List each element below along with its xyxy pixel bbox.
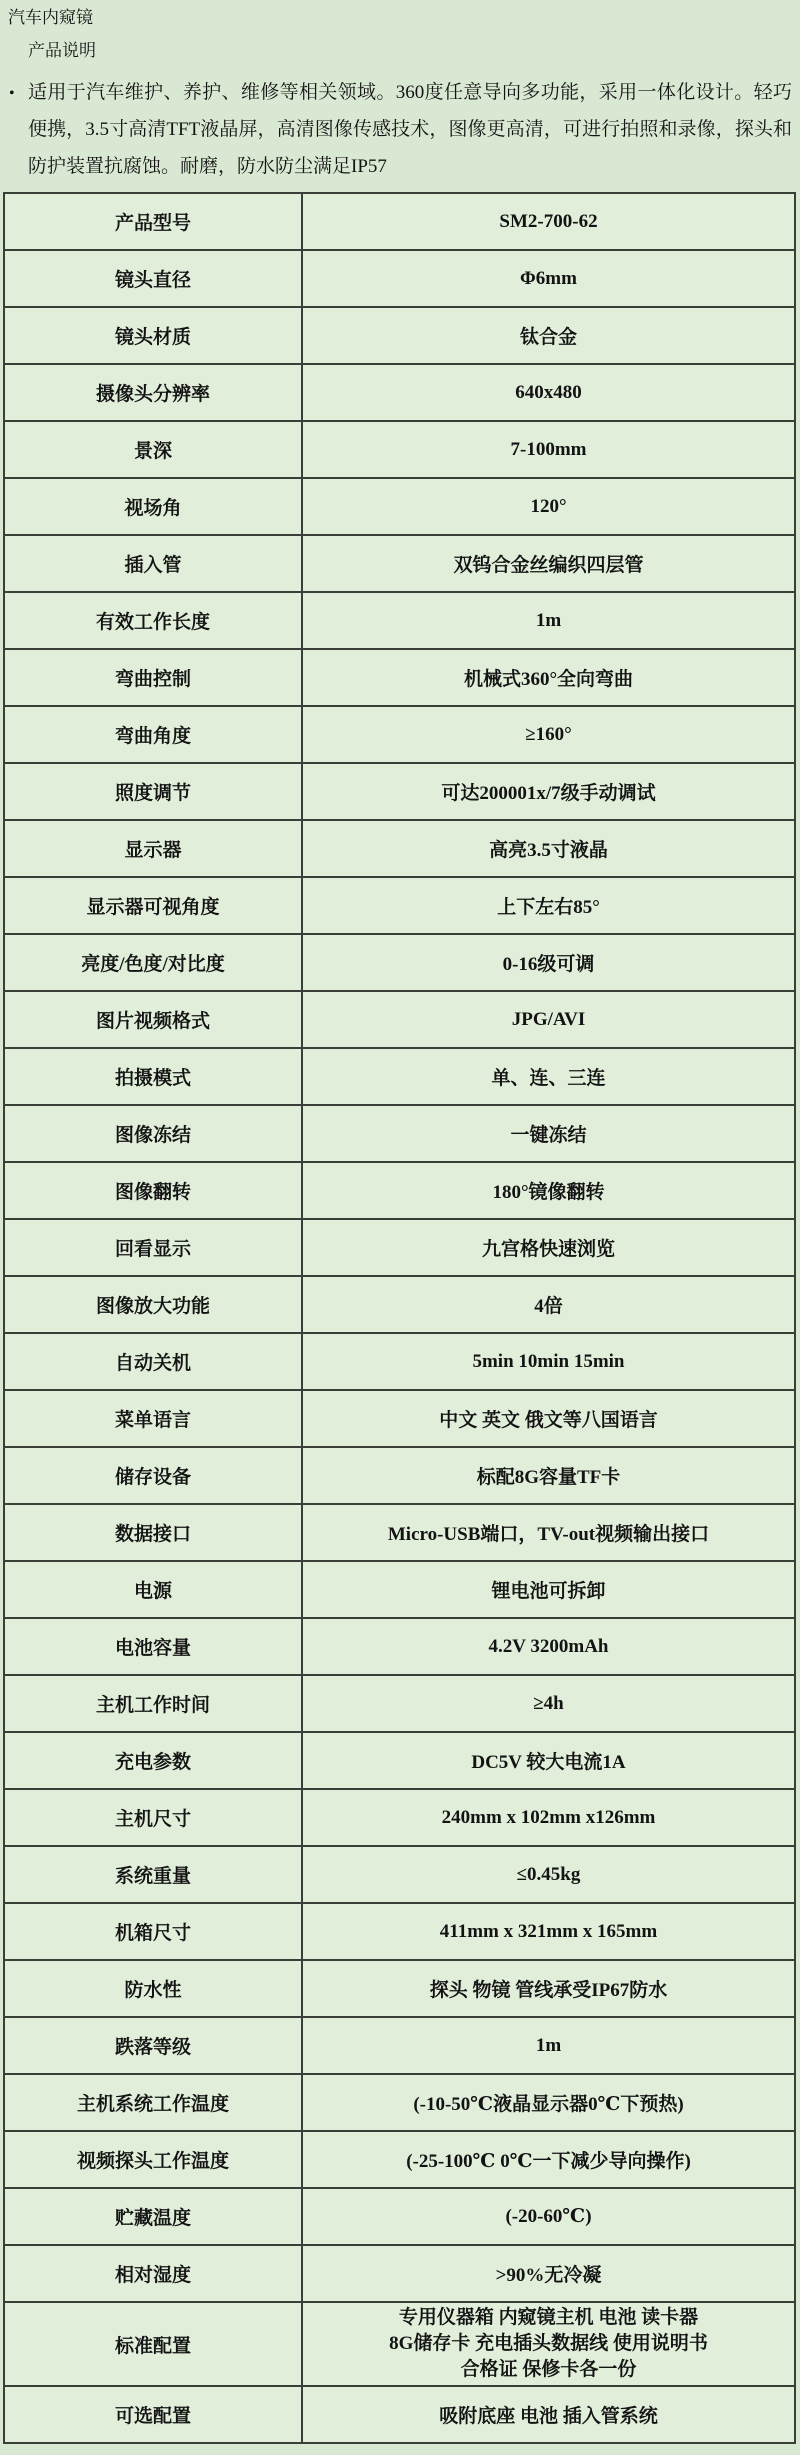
table-row: 数据接口 Micro-USB端口，TV-out视频输出接口 — [4, 1504, 795, 1561]
page-title: 汽车内窥镜 — [0, 6, 800, 30]
spec-value-cell: 高亮3.5寸液晶 — [302, 820, 795, 877]
table-row: 照度调节 可达200001x/7级手动调试 — [4, 763, 795, 820]
spec-value-cell: (-25-100℃ 0℃一下减少导向操作) — [302, 2131, 795, 2188]
spec-value-cell: 双钨合金丝编织四层管 — [302, 535, 795, 592]
spec-value-cell: 标配8G容量TF卡 — [302, 1447, 795, 1504]
table-row: 插入管 双钨合金丝编织四层管 — [4, 535, 795, 592]
spec-label-cell: 贮藏温度 — [4, 2188, 302, 2245]
table-row: 回看显示 九宫格快速浏览 — [4, 1219, 795, 1276]
spec-label-cell: 系统重量 — [4, 1846, 302, 1903]
spec-value-cell: 探头 物镜 管线承受IP67防水 — [302, 1960, 795, 2017]
spec-label-cell: 相对湿度 — [4, 2245, 302, 2302]
spec-value-cell: (-20-60℃) — [302, 2188, 795, 2245]
spec-value-cell: 九宫格快速浏览 — [302, 1219, 795, 1276]
table-row: 自动关机 5min 10min 15min — [4, 1333, 795, 1390]
spec-label-cell: 可选配置 — [4, 2386, 302, 2443]
spec-value-cell: 吸附底座 电池 插入管系统 — [302, 2386, 795, 2443]
table-row: 主机尺寸 240mm x 102mm x126mm — [4, 1789, 795, 1846]
spec-label-cell: 数据接口 — [4, 1504, 302, 1561]
spec-value-cell: 上下左右85° — [302, 877, 795, 934]
spec-label-cell: 有效工作长度 — [4, 592, 302, 649]
doc-header: 汽车内窥镜 产品说明 • 适用于汽车维护、养护、维修等相关领域。360度任意导向… — [0, 0, 800, 185]
spec-label-cell: 景深 — [4, 421, 302, 478]
table-row: 电池容量 4.2V 3200mAh — [4, 1618, 795, 1675]
spec-label-cell: 防水性 — [4, 1960, 302, 2017]
product-spec-page: 汽车内窥镜 产品说明 • 适用于汽车维护、养护、维修等相关领域。360度任意导向… — [0, 0, 800, 2444]
table-row: 跌落等级 1m — [4, 2017, 795, 2074]
spec-value-cell: ≥160° — [302, 706, 795, 763]
spec-label-cell: 亮度/色度/对比度 — [4, 934, 302, 991]
table-row: 弯曲控制 机械式360°全向弯曲 — [4, 649, 795, 706]
spec-label-cell: 储存设备 — [4, 1447, 302, 1504]
spec-value-cell: 锂电池可拆卸 — [302, 1561, 795, 1618]
spec-label-cell: 菜单语言 — [4, 1390, 302, 1447]
spec-label-cell: 机箱尺寸 — [4, 1903, 302, 1960]
table-row: 防水性 探头 物镜 管线承受IP67防水 — [4, 1960, 795, 2017]
spec-label-cell: 图片视频格式 — [4, 991, 302, 1048]
spec-label-cell: 电池容量 — [4, 1618, 302, 1675]
spec-label-cell: 弯曲控制 — [4, 649, 302, 706]
spec-label-cell: 自动关机 — [4, 1333, 302, 1390]
spec-label-cell: 照度调节 — [4, 763, 302, 820]
table-row: 主机工作时间 ≥4h — [4, 1675, 795, 1732]
table-row: 视频探头工作温度 (-25-100℃ 0℃一下减少导向操作) — [4, 2131, 795, 2188]
spec-value-cell: 可达200001x/7级手动调试 — [302, 763, 795, 820]
spec-value-cell: 1m — [302, 592, 795, 649]
spec-value-cell: 一键冻结 — [302, 1105, 795, 1162]
spec-label-cell: 插入管 — [4, 535, 302, 592]
spec-label-cell: 主机工作时间 — [4, 1675, 302, 1732]
spec-value-cell: 120° — [302, 478, 795, 535]
table-row: 菜单语言 中文 英文 俄文等八国语言 — [4, 1390, 795, 1447]
spec-value-cell: >90%无冷凝 — [302, 2245, 795, 2302]
spec-value-cell: JPG/AVI — [302, 991, 795, 1048]
spec-value-cell: 180°镜像翻转 — [302, 1162, 795, 1219]
table-row: 有效工作长度 1m — [4, 592, 795, 649]
table-row: 机箱尺寸 411mm x 321mm x 165mm — [4, 1903, 795, 1960]
spec-value-cell: 5min 10min 15min — [302, 1333, 795, 1390]
table-row: 镜头材质 钛合金 — [4, 307, 795, 364]
table-row: 产品型号 SM2-700-62 — [4, 193, 795, 250]
spec-label-cell: 充电参数 — [4, 1732, 302, 1789]
spec-label-cell: 显示器 — [4, 820, 302, 877]
spec-label-cell: 回看显示 — [4, 1219, 302, 1276]
product-description: • 适用于汽车维护、养护、维修等相关领域。360度任意导向多功能，采用一体化设计… — [0, 74, 800, 185]
spec-table: 产品型号 SM2-700-62 镜头直径 Φ6mm 镜头材质 钛合金 摄像头分辨… — [3, 192, 796, 2444]
spec-value-cell: SM2-700-62 — [302, 193, 795, 250]
spec-label-cell: 镜头直径 — [4, 250, 302, 307]
spec-label-cell: 主机系统工作温度 — [4, 2074, 302, 2131]
spec-value-cell: 专用仪器箱 内窥镜主机 电池 读卡器 8G储存卡 充电插头数据线 使用说明书 合… — [302, 2302, 795, 2386]
spec-label-cell: 跌落等级 — [4, 2017, 302, 2074]
table-row: 亮度/色度/对比度 0-16级可调 — [4, 934, 795, 991]
spec-label-cell: 图像翻转 — [4, 1162, 302, 1219]
table-row: 显示器可视角度 上下左右85° — [4, 877, 795, 934]
table-row: 充电参数 DC5V 较大电流1A — [4, 1732, 795, 1789]
spec-value-cell: 7-100mm — [302, 421, 795, 478]
table-row: 图片视频格式 JPG/AVI — [4, 991, 795, 1048]
spec-label-cell: 拍摄模式 — [4, 1048, 302, 1105]
spec-label-cell: 视场角 — [4, 478, 302, 535]
table-row: 图像冻结 一键冻结 — [4, 1105, 795, 1162]
spec-label-cell: 图像冻结 — [4, 1105, 302, 1162]
spec-label-cell: 图像放大功能 — [4, 1276, 302, 1333]
table-row: 摄像头分辨率 640x480 — [4, 364, 795, 421]
description-text: 适用于汽车维护、养护、维修等相关领域。360度任意导向多功能，采用一体化设计。轻… — [28, 82, 792, 177]
spec-value-cell: 机械式360°全向弯曲 — [302, 649, 795, 706]
spec-value-cell: 4倍 — [302, 1276, 795, 1333]
spec-label-cell: 摄像头分辨率 — [4, 364, 302, 421]
spec-label-cell: 镜头材质 — [4, 307, 302, 364]
table-row: 主机系统工作温度 (-10-50℃液晶显示器0℃下预热) — [4, 2074, 795, 2131]
section-label: 产品说明 — [0, 39, 800, 63]
table-row: 储存设备 标配8G容量TF卡 — [4, 1447, 795, 1504]
spec-value-cell: ≥4h — [302, 1675, 795, 1732]
spec-table-body: 产品型号 SM2-700-62 镜头直径 Φ6mm 镜头材质 钛合金 摄像头分辨… — [4, 193, 795, 2443]
spec-value-cell: 411mm x 321mm x 165mm — [302, 1903, 795, 1960]
spec-label-cell: 标准配置 — [4, 2302, 302, 2386]
table-row: 可选配置 吸附底座 电池 插入管系统 — [4, 2386, 795, 2443]
spec-value-cell: 240mm x 102mm x126mm — [302, 1789, 795, 1846]
spec-label-cell: 主机尺寸 — [4, 1789, 302, 1846]
table-row: 标准配置 专用仪器箱 内窥镜主机 电池 读卡器 8G储存卡 充电插头数据线 使用… — [4, 2302, 795, 2386]
spec-value-cell: 钛合金 — [302, 307, 795, 364]
spec-label-cell: 显示器可视角度 — [4, 877, 302, 934]
spec-label-cell: 电源 — [4, 1561, 302, 1618]
table-row: 相对湿度 >90%无冷凝 — [4, 2245, 795, 2302]
spec-value-cell: 单、连、三连 — [302, 1048, 795, 1105]
spec-value-cell: 640x480 — [302, 364, 795, 421]
table-row: 贮藏温度 (-20-60℃) — [4, 2188, 795, 2245]
spec-value-cell: DC5V 较大电流1A — [302, 1732, 795, 1789]
spec-value-cell: 中文 英文 俄文等八国语言 — [302, 1390, 795, 1447]
table-row: 图像放大功能 4倍 — [4, 1276, 795, 1333]
spec-value-cell: ≤0.45kg — [302, 1846, 795, 1903]
bullet-marker: • — [9, 75, 15, 112]
spec-label-cell: 视频探头工作温度 — [4, 2131, 302, 2188]
table-row: 电源 锂电池可拆卸 — [4, 1561, 795, 1618]
spec-value-cell: 4.2V 3200mAh — [302, 1618, 795, 1675]
spec-value-cell: 0-16级可调 — [302, 934, 795, 991]
table-row: 弯曲角度 ≥160° — [4, 706, 795, 763]
table-row: 系统重量 ≤0.45kg — [4, 1846, 795, 1903]
table-row: 拍摄模式 单、连、三连 — [4, 1048, 795, 1105]
table-row: 景深 7-100mm — [4, 421, 795, 478]
table-row: 显示器 高亮3.5寸液晶 — [4, 820, 795, 877]
table-row: 镜头直径 Φ6mm — [4, 250, 795, 307]
spec-label-cell: 产品型号 — [4, 193, 302, 250]
table-row: 视场角 120° — [4, 478, 795, 535]
table-row: 图像翻转 180°镜像翻转 — [4, 1162, 795, 1219]
spec-value-cell: Φ6mm — [302, 250, 795, 307]
spec-value-cell: (-10-50℃液晶显示器0℃下预热) — [302, 2074, 795, 2131]
spec-value-cell: 1m — [302, 2017, 795, 2074]
spec-label-cell: 弯曲角度 — [4, 706, 302, 763]
spec-value-cell: Micro-USB端口，TV-out视频输出接口 — [302, 1504, 795, 1561]
